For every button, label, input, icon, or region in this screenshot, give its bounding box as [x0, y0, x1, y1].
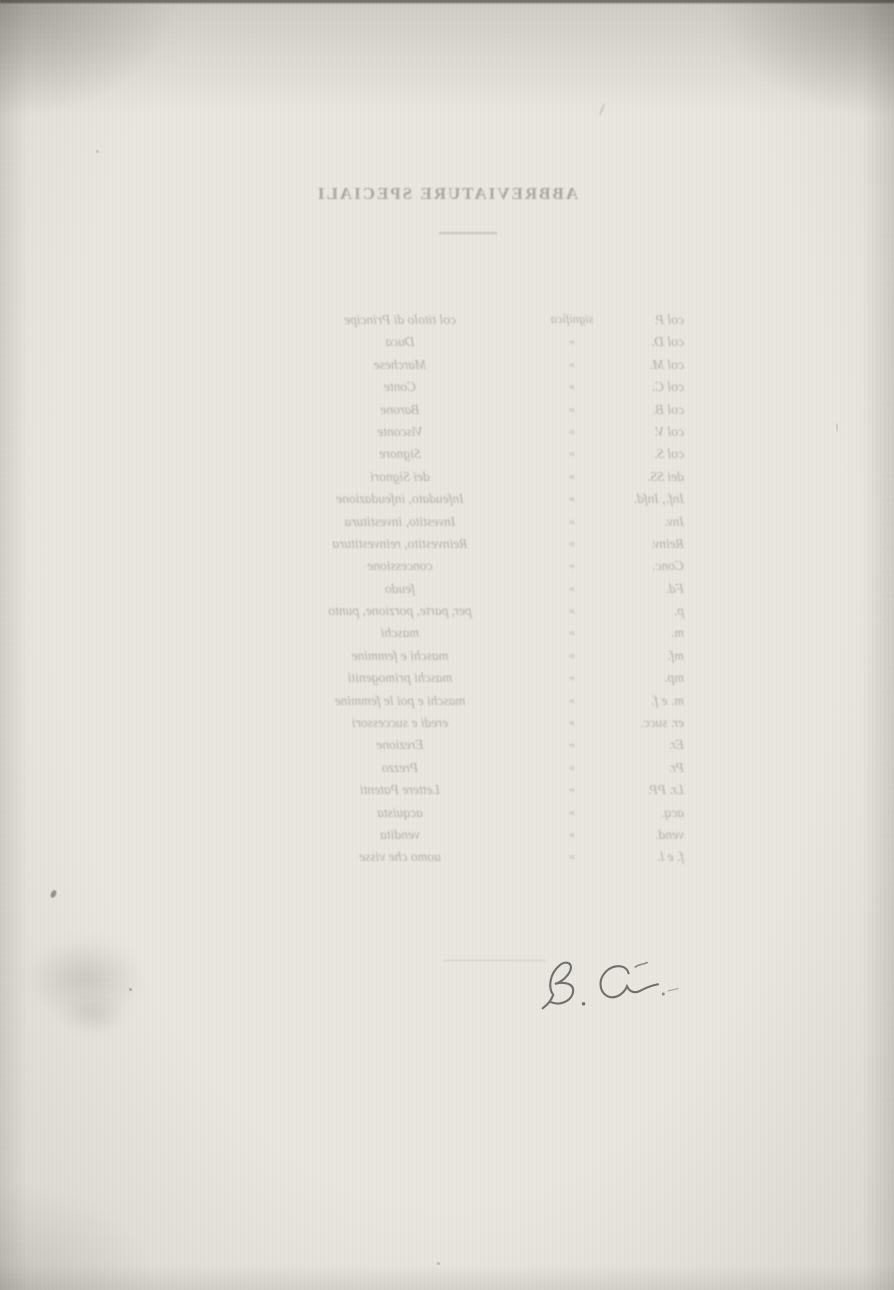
abbreviation-label: Pr.: [669, 760, 684, 776]
scan-shadow-right: [862, 0, 894, 1290]
abbreviation-row: Fd. » feudo: [0, 581, 894, 603]
handwriting-svg: [531, 953, 683, 1020]
abbreviation-connector: »: [569, 693, 575, 708]
abbreviation-connector: »: [569, 715, 575, 730]
abbreviation-label: col S.: [654, 446, 684, 462]
abbreviation-row: Lr. PP. » Lettere Patenti: [0, 782, 894, 804]
scan-edge-strip: [0, 0, 894, 4]
paper-stain: [58, 996, 128, 1034]
abbreviation-connector: »: [569, 827, 575, 842]
abbreviation-label: er. succ.: [640, 715, 684, 731]
paper-grain-texture: [0, 0, 894, 1290]
abbreviation-label: f. e l.: [657, 849, 684, 865]
abbreviation-meaning: per, parte, porzione, punto: [328, 603, 471, 619]
abbreviation-meaning: dei Signori: [370, 469, 430, 485]
abbreviation-row: Inf., Infd. » Infeudato, infeudazione: [0, 491, 894, 513]
abbreviation-connector: »: [569, 402, 575, 417]
abbreviation-connector: »: [569, 491, 575, 506]
abbreviation-connector: »: [569, 536, 575, 551]
abbreviation-label: Er.: [669, 737, 684, 753]
abbreviation-row: col V. » Visconte: [0, 424, 894, 446]
abbreviation-meaning: Conte: [384, 379, 416, 395]
abbreviation-connector: »: [569, 670, 575, 685]
abbreviation-row: col B. » Barone: [0, 402, 894, 424]
abbreviation-connector: »: [569, 805, 575, 820]
abbreviation-label: col B.: [653, 402, 685, 418]
abbreviation-meaning: Reinvestito, reinvestitura: [332, 536, 467, 552]
abbreviation-label: Lr. PP.: [648, 782, 684, 798]
abbreviation-label: m.: [671, 625, 684, 641]
abbreviation-meaning: maschi e poi le femmine: [335, 693, 465, 709]
abbreviation-connector: »: [569, 446, 575, 461]
abbreviation-label: Reinv.: [651, 536, 684, 552]
abbreviation-label: col V.: [654, 424, 684, 440]
abbreviation-connector: »: [569, 379, 575, 394]
abbreviation-meaning: maschi: [381, 625, 419, 641]
abbreviation-connector: »: [569, 334, 575, 349]
abbreviation-row: mf. » maschi e femmine: [0, 648, 894, 670]
abbreviation-row: f. e l. » uomo che visse: [0, 849, 894, 871]
abbreviation-meaning: maschi e femmine: [352, 648, 449, 664]
abbreviation-connector: »: [569, 849, 575, 864]
abbreviation-meaning: Marchese: [374, 357, 427, 373]
abbreviation-row: m. e f. » maschi e poi le femmine: [0, 693, 894, 715]
abbreviation-label: col P.: [654, 312, 684, 328]
abbreviation-row: col C. » Conte: [0, 379, 894, 401]
abbreviation-connector: »: [569, 603, 575, 618]
abbreviation-meaning: Lettere Patenti: [360, 782, 440, 798]
abbreviation-connector: »: [569, 760, 575, 775]
scan-shadow-bottom: [0, 1264, 894, 1290]
abbreviation-connector: »: [569, 648, 575, 663]
abbreviation-row: col D. » Duca: [0, 334, 894, 356]
bleed-through-layer: ABBREVIATURE SPECIALI col P. significa c…: [0, 0, 894, 1290]
abbreviation-meaning: uomo che visse: [359, 849, 441, 865]
abbreviation-connector: »: [569, 469, 575, 484]
abbreviation-label: Inf., Infd.: [634, 491, 684, 507]
abbreviation-list: col P. significa col titolo di Principe …: [0, 312, 894, 872]
abbreviation-meaning: Signore: [379, 446, 421, 462]
abbreviation-label: col C.: [652, 379, 684, 395]
ink-speck: [129, 988, 132, 991]
abbreviation-connector: »: [569, 737, 575, 752]
abbreviation-meaning: eredi e successori: [352, 715, 448, 731]
abbreviation-label: vend.: [655, 827, 684, 843]
abbreviation-row: er. succ. » eredi e successori: [0, 715, 894, 737]
abbreviation-connector: »: [569, 625, 575, 640]
abbreviation-connector: »: [569, 581, 575, 596]
abbreviation-meaning: col titolo di Principe: [344, 312, 456, 328]
handwriting-dot-1: [582, 1002, 586, 1006]
abbreviation-row: col S. » Signore: [0, 446, 894, 468]
abbreviation-row: acq. » acquista: [0, 805, 894, 827]
ghost-title: ABBREVIATURE SPECIALI: [0, 184, 894, 204]
abbreviation-row: col P. significa col titolo di Principe: [0, 312, 894, 334]
abbreviation-connector: »: [569, 357, 575, 372]
scanned-book-page: ABBREVIATURE SPECIALI col P. significa c…: [0, 0, 894, 1290]
paper-stain: [26, 938, 144, 1020]
abbreviation-label: Inv.: [664, 514, 684, 530]
abbreviation-connector: »: [569, 782, 575, 797]
abbreviation-meaning: Infeudato, infeudazione: [336, 491, 463, 507]
abbreviation-label: dei SS.: [647, 469, 684, 485]
handwriting-tail: [668, 989, 678, 991]
abbreviation-connector: »: [569, 558, 575, 573]
margin-mark: [836, 423, 838, 432]
ink-speck: [49, 889, 57, 898]
abbreviation-label: col M.: [650, 357, 685, 373]
abbreviation-label: m. e f.: [651, 693, 684, 709]
handwritten-initials: [531, 953, 683, 1020]
scan-vignette: [0, 0, 894, 1290]
abbreviation-meaning: concessione: [367, 558, 432, 574]
abbreviation-row: Reinv. » Reinvestito, reinvestitura: [0, 536, 894, 558]
abbreviation-row: m. » maschi: [0, 625, 894, 647]
title-divider-rule: [439, 232, 497, 234]
abbreviation-label: acq.: [661, 805, 684, 821]
handwriting-stroke-B: [541, 962, 574, 1008]
abbreviation-meaning: Barone: [380, 402, 419, 418]
abbreviation-row: col M. » Marchese: [0, 357, 894, 379]
abbreviation-row: p. » per, parte, porzione, punto: [0, 603, 894, 625]
abbreviation-row: Conc. » concessione: [0, 558, 894, 580]
abbreviation-meaning: feudo: [385, 581, 415, 597]
abbreviation-label: mp.: [664, 670, 684, 686]
handwriting-accent: [635, 963, 647, 967]
abbreviation-meaning: Visconte: [377, 424, 422, 440]
abbreviation-meaning: Prezzo: [382, 760, 418, 776]
abbreviation-meaning: Investito, investitura: [345, 514, 456, 530]
abbreviation-label: col D.: [651, 334, 684, 350]
abbreviation-label: mf.: [667, 648, 684, 664]
abbreviation-connector: »: [569, 514, 575, 529]
abbreviation-meaning: maschi primogeniti: [348, 670, 453, 686]
abbreviation-row: vend. » vendita: [0, 827, 894, 849]
abbreviation-meaning: Erezione: [376, 737, 424, 753]
abbreviation-label: Conc.: [652, 558, 684, 574]
abbreviation-row: dei SS. » dei Signori: [0, 469, 894, 491]
handwriting-dot-2: [662, 992, 665, 995]
ink-speck: [96, 150, 99, 153]
abbreviation-row: Inv. » Investito, investitura: [0, 514, 894, 536]
handwriting-stroke-C: [600, 965, 658, 998]
abbreviation-label: p.: [674, 603, 684, 619]
abbreviation-row: mp. » maschi primogeniti: [0, 670, 894, 692]
abbreviation-row: Er. » Erezione: [0, 737, 894, 759]
scan-shadow-left: [0, 0, 28, 1290]
abbreviation-label: Fd.: [666, 581, 684, 597]
abbreviation-meaning: Duca: [385, 334, 414, 350]
abbreviation-connector: »: [569, 424, 575, 439]
abbreviation-row: Pr. » Prezzo: [0, 760, 894, 782]
abbreviation-meaning: vendita: [380, 827, 420, 843]
abbreviation-connector: significa: [550, 312, 593, 327]
abbreviation-meaning: acquista: [377, 805, 423, 821]
